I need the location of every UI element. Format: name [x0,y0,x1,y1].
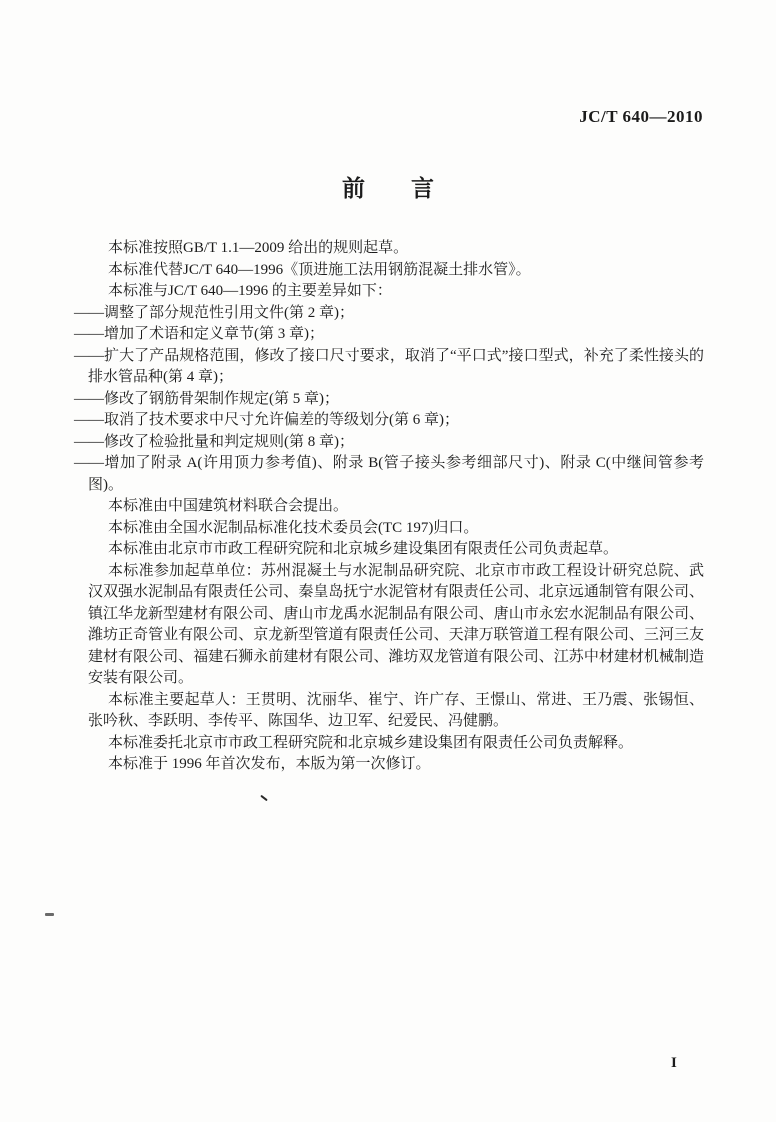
change-list-item: ——增加了术语和定义章节(第 3 章)； [88,324,704,346]
paragraph: 本标准委托北京市市政工程研究院和北京城乡建设集团有限责任公司负责解释。 [88,733,704,755]
scan-artifact-mark [260,795,268,802]
document-page: JC/T 640—2010 前 言 本标准按照GB/T 1.1—2009 给出的… [0,0,776,1122]
paragraph: 本标准由全国水泥制品标准化技术委员会(TC 197)归口。 [88,518,704,540]
change-list-item: ——增加了附录 A(许用顶力参考值)、附录 B(管子接头参考细部尺寸)、附录 C… [88,453,704,496]
page-number: I [671,1055,677,1072]
paragraph: 本标准与JC/T 640—1996 的主要差异如下： [88,281,704,303]
paragraph: 本标准主要起草人：王贯明、沈丽华、崔宁、许广存、王憬山、常进、王乃震、张锡恒、张… [88,690,704,733]
foreword-title: 前 言 [0,170,776,203]
change-list-item: ——修改了检验批量和判定规则(第 8 章)； [88,432,704,454]
change-list-item: ——取消了技术要求中尺寸允许偏差的等级划分(第 6 章)； [88,410,704,432]
foreword-body: 本标准按照GB/T 1.1—2009 给出的规则起草。 本标准代替JC/T 64… [88,238,704,776]
paragraph: 本标准代替JC/T 640—1996《顶进施工法用钢筋混凝土排水管》。 [88,260,704,282]
paragraph: 本标准参加起草单位：苏州混凝土与水泥制品研究院、北京市市政工程设计研究总院、武汉… [88,561,704,690]
paragraph: 本标准按照GB/T 1.1—2009 给出的规则起草。 [88,238,704,260]
paragraph: 本标准于 1996 年首次发布，本版为第一次修订。 [88,754,704,776]
paragraph: 本标准由中国建筑材料联合会提出。 [88,496,704,518]
scan-artifact-mark [45,913,54,916]
change-list-item: ——修改了钢筋骨架制作规定(第 5 章)； [88,389,704,411]
paragraph: 本标准由北京市市政工程研究院和北京城乡建设集团有限责任公司负责起草。 [88,539,704,561]
change-list-item: ——调整了部分规范性引用文件(第 2 章)； [88,303,704,325]
change-list-item: ——扩大了产品规格范围，修改了接口尺寸要求，取消了“平口式”接口型式，补充了柔性… [88,346,704,389]
standard-number-header: JC/T 640—2010 [0,107,703,127]
